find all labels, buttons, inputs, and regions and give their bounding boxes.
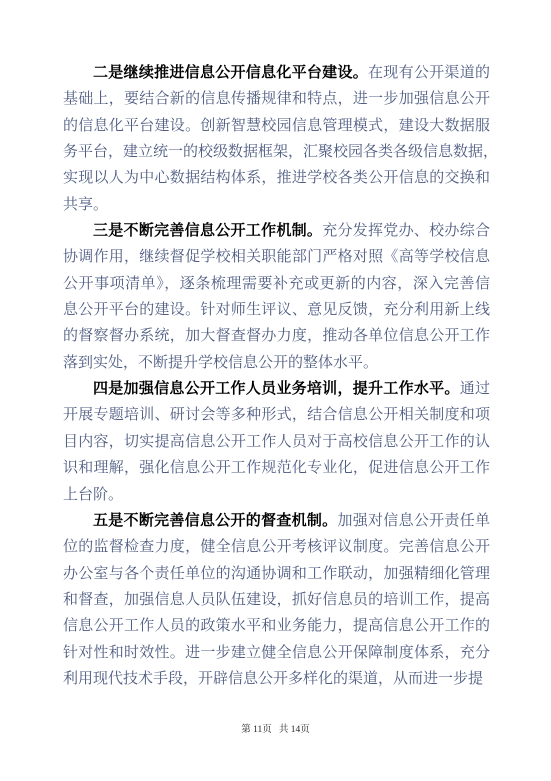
paragraph-body-text: 信息公开工作人员的政策水平和业务能力，提高信息公开工作的 bbox=[63, 618, 490, 634]
paragraph-heading-text: 五是不断完善信息公开的督查机制。 bbox=[93, 513, 337, 529]
paragraph-body-text: 目内容，切实提高信息公开工作人员对于高校信息公开工作的认 bbox=[63, 434, 490, 450]
paragraph-body-text: 息公开平台的建设。针对师生评议、意见反馈，充分利用新上线 bbox=[63, 302, 490, 318]
text-line: 协调作用，继续督促学校相关职能部门严格对照《高等学校信息 bbox=[63, 244, 490, 270]
page-footer: 第 11页共 14页 bbox=[0, 722, 551, 738]
paragraph-body-text: 利用现代技术手段，开辟信息公开多样化的渠道，从而进一步提 bbox=[63, 671, 483, 687]
paragraph-body-text: 开展专题培训、研讨会等多种形式，结合信息公开相关制度和项 bbox=[63, 407, 490, 423]
paragraph-body-text: 在现有公开渠道的 bbox=[368, 65, 490, 81]
text-line: 目内容，切实提高信息公开工作人员对于高校信息公开工作的认 bbox=[63, 429, 490, 455]
paragraph-body-text: 位的监督检查力度，健全信息公开考核评议制度。完善信息公开 bbox=[63, 539, 490, 555]
page-total: 共 14页 bbox=[279, 725, 310, 735]
text-line: 共享。 bbox=[63, 192, 490, 218]
paragraph-body-text: 加强对信息公开责任单 bbox=[337, 513, 490, 529]
paragraph-body-text: 上台阶。 bbox=[63, 487, 123, 503]
paragraph-body-text: 充分发挥党办、校办综合 bbox=[322, 223, 490, 239]
text-line: 实现以人为中心数据结构体系，推进学校各类公开信息的交换和 bbox=[63, 165, 490, 191]
text-line: 五是不断完善信息公开的督查机制。加强对信息公开责任单 bbox=[63, 508, 490, 534]
text-line: 办公室与各个责任单位的沟通协调和工作联动，加强精细化管理 bbox=[63, 561, 490, 587]
paragraph-body-text: 协调作用，继续督促学校相关职能部门严格对照《高等学校信息 bbox=[63, 249, 490, 265]
text-line: 四是加强信息公开工作人员业务培训，提升工作水平。通过 bbox=[63, 376, 490, 402]
text-line: 的督察督办系统，加大督查督办力度，推动各单位信息公开工作 bbox=[63, 323, 490, 349]
text-line: 息公开平台的建设。针对师生评议、意见反馈，充分利用新上线 bbox=[63, 297, 490, 323]
paragraph-heading-text: 二是继续推进信息公开信息化平台建设。 bbox=[93, 65, 368, 81]
paragraph-body-text: 的信息化平台建设。创新智慧校园信息管理模式，建设大数据服 bbox=[63, 118, 490, 134]
text-line: 落到实处，不断提升学校信息公开的整体水平。 bbox=[63, 350, 490, 376]
text-line: 三是不断完善信息公开工作机制。充分发挥党办、校办综合 bbox=[63, 218, 490, 244]
text-line: 公开事项清单》，逐条梳理需要补充或更新的内容，深入完善信 bbox=[63, 271, 490, 297]
paragraph-body-text: 共享。 bbox=[63, 197, 108, 213]
paragraph: 三是不断完善信息公开工作机制。充分发挥党办、校办综合协调作用，继续督促学校相关职… bbox=[63, 218, 490, 376]
text-line: 开展专题培训、研讨会等多种形式，结合信息公开相关制度和项 bbox=[63, 402, 490, 428]
text-line: 识和理解，强化信息公开工作规范化专业化，促进信息公开工作 bbox=[63, 455, 490, 481]
text-line: 利用现代技术手段，开辟信息公开多样化的渠道，从而进一步提 bbox=[63, 666, 490, 692]
text-line: 的信息化平台建设。创新智慧校园信息管理模式，建设大数据服 bbox=[63, 113, 490, 139]
document-body: 二是继续推进信息公开信息化平台建设。在现有公开渠道的基础上，要结合新的信息传播规… bbox=[63, 60, 490, 692]
paragraph-body-text: 针对性和时效性。进一步建立健全信息公开保障制度体系，充分 bbox=[63, 645, 490, 661]
paragraph-body-text: 落到实处，不断提升学校信息公开的整体水平。 bbox=[63, 355, 378, 371]
paragraph-body-text: 公开事项清单》，逐条梳理需要补充或更新的内容，深入完善信 bbox=[63, 276, 490, 292]
text-line: 上台阶。 bbox=[63, 482, 490, 508]
paragraph-body-text: 识和理解，强化信息公开工作规范化专业化，促进信息公开工作 bbox=[63, 460, 490, 476]
text-line: 针对性和时效性。进一步建立健全信息公开保障制度体系，充分 bbox=[63, 640, 490, 666]
paragraph-body-text: 办公室与各个责任单位的沟通协调和工作联动，加强精细化管理 bbox=[63, 566, 490, 582]
paragraph-body-text: 的督察督办系统，加大督查督办力度，推动各单位信息公开工作 bbox=[63, 328, 490, 344]
paragraph-body-text: 和督查，加强信息人员队伍建设，抓好信息员的培训工作，提高 bbox=[63, 592, 490, 608]
paragraph-heading-text: 四是加强信息公开工作人员业务培训，提升工作水平。 bbox=[93, 381, 460, 397]
text-line: 信息公开工作人员的政策水平和业务能力，提高信息公开工作的 bbox=[63, 613, 490, 639]
paragraph-heading-text: 三是不断完善信息公开工作机制。 bbox=[93, 223, 322, 239]
paragraph-body-text: 基础上，要结合新的信息传播规律和特点，进一步加强信息公开 bbox=[63, 91, 490, 107]
page-number: 第 11页 bbox=[241, 725, 272, 735]
document-page: 二是继续推进信息公开信息化平台建设。在现有公开渠道的基础上，要结合新的信息传播规… bbox=[0, 0, 551, 781]
text-line: 位的监督检查力度，健全信息公开考核评议制度。完善信息公开 bbox=[63, 534, 490, 560]
paragraph: 四是加强信息公开工作人员业务培训，提升工作水平。通过开展专题培训、研讨会等多种形… bbox=[63, 376, 490, 508]
text-line: 和督查，加强信息人员队伍建设，抓好信息员的培训工作，提高 bbox=[63, 587, 490, 613]
paragraph-body-text: 实现以人为中心数据结构体系，推进学校各类公开信息的交换和 bbox=[63, 170, 490, 186]
text-line: 务平台，建立统一的校级数据框架，汇聚校园各类各级信息数据， bbox=[63, 139, 490, 165]
text-line: 二是继续推进信息公开信息化平台建设。在现有公开渠道的 bbox=[63, 60, 490, 86]
paragraph-body-text: 务平台，建立统一的校级数据框架，汇聚校园各类各级信息数据， bbox=[63, 144, 498, 160]
paragraph: 五是不断完善信息公开的督查机制。加强对信息公开责任单位的监督检查力度，健全信息公… bbox=[63, 508, 490, 692]
text-line: 基础上，要结合新的信息传播规律和特点，进一步加强信息公开 bbox=[63, 86, 490, 112]
paragraph: 二是继续推进信息公开信息化平台建设。在现有公开渠道的基础上，要结合新的信息传播规… bbox=[63, 60, 490, 218]
paragraph-body-text: 通过 bbox=[460, 381, 490, 397]
